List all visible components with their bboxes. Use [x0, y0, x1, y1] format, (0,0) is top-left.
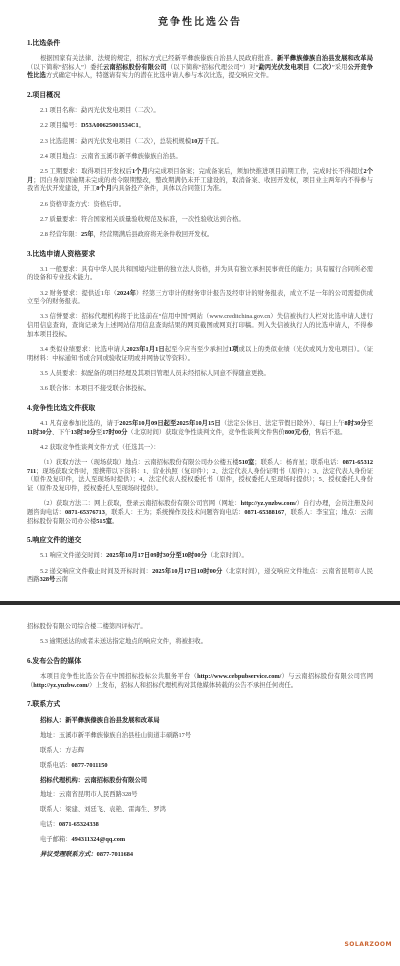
body-text: 至	[367, 420, 373, 427]
emphasis-text: 11时30分	[27, 429, 52, 436]
section-heading: 6.发布公告的媒体	[27, 657, 373, 666]
emphasis-text: 25年	[81, 231, 94, 238]
paragraph: 本项目竞争性比选公告在中国招标投标公共服务平台（http://www.cebpu…	[27, 673, 373, 690]
body-text: ，售后不退。	[309, 429, 347, 436]
paragraph: 5.2 递交响应文件截止时间及开标时间：2025年10月17日10时00分（北京…	[27, 568, 373, 585]
emphasis-text: 0871-65376713	[65, 509, 105, 516]
emphasis-text: 494311324@qq.com	[71, 836, 125, 843]
emphasis-text: 13时30分	[71, 429, 96, 436]
emphasis-text: http://yz.ynzbw.com/	[33, 682, 89, 689]
emphasis-text: 800元/份	[285, 429, 309, 436]
body-text: 3.3 信誉要求：招标代理机构将于比选前在“信用中国”网站（www.credit…	[27, 313, 373, 337]
paragraph: 招标股份有限公司综合楼二楼第四评标厅。	[27, 623, 373, 632]
emphasis-text: 8个月	[96, 185, 112, 192]
body-text: 3.4 类似业绩要求：比选申请人	[40, 346, 126, 353]
emphasis-text: 3.比选申请人资格要求	[27, 250, 95, 258]
document-blocks: 竞争性比选公告1.比选条件根据国家有关法律、法规的规定，招标方式已经新平彝族傣族…	[27, 16, 373, 859]
contact-line: 电子邮箱：494311324@qq.com	[27, 835, 373, 844]
page-break-divider	[0, 601, 400, 605]
contact-line: 招标人：新平彝族傣族自治县发展和改革局	[27, 716, 373, 725]
body-text: 本项目竞争性比选公告在中国招标投标公共服务平台（	[40, 673, 197, 680]
paragraph: 2.7 质量要求：符合国家相关质量验收规范及标准，一次性验收达到合格。	[27, 216, 373, 225]
paragraph: 3.6 联合体：本项目不接受联合体投标。	[27, 385, 373, 394]
paragraph: 5.1 响应文件递交时间：2025年10月17日09时30分至10时00分（北京…	[27, 552, 373, 561]
emphasis-text: 招标代理机构：云南招标股份有限公司	[40, 777, 147, 784]
emphasis-text: 0871-65388167	[244, 509, 284, 516]
body-text: 、下午	[52, 429, 71, 436]
emphasis-text: 新平彝族傣族自治县发展和改革局	[277, 55, 373, 62]
emphasis-text: 2025年10月09日起至2025年10月15日	[119, 420, 220, 427]
paragraph: （2）获取方法二：网上获取，登录云南招标股份有限公司官网（网址：http://y…	[27, 500, 373, 526]
announcement-document: 竞争性比选公告1.比选条件根据国家有关法律、法规的规定，招标方式已经新平彝族傣族…	[0, 16, 400, 859]
section-heading: 2.项目概况	[27, 91, 373, 100]
body-text: 2.4 项目地点：云南省玉溪市新平彝族傣族自治县。	[40, 153, 182, 160]
emphasis-text: 4.竞争性比选文件获取	[27, 404, 95, 412]
emphasis-text: 5.响应文件的递交	[27, 536, 81, 544]
body-text: 2.7 质量要求：符合国家相关质量验收规范及标准，一次性验收达到合格。	[40, 216, 245, 223]
contact-line: 联系人：方志辉	[27, 746, 373, 755]
paragraph: 3.2 财务要求：提供近1年（2024年）经第三方审计的财务审计报告及经审计的财…	[27, 290, 373, 307]
body-text: 地址：玉溪市新平彝族傣族自治县桂山街道丰硕路17号	[40, 732, 191, 739]
paragraph: 2.3 比选范围：勐丙光伏发电项目（二次），总装机规模10万千瓦。	[27, 138, 373, 147]
body-text: （法定公休日、法定节假日除外）、每日上午	[221, 420, 345, 427]
contact-line: 联系电话：0877-7011150	[27, 761, 373, 770]
body-text: 5.3 逾期送达的或者未送达指定地点的响应文件，将被拒收。	[40, 638, 207, 645]
emphasis-text: 328号	[40, 576, 56, 583]
emphasis-text: 6.发布公告的媒体	[27, 657, 81, 665]
emphasis-text: 异议受理联系方式：	[40, 851, 97, 858]
section-heading: 3.比选申请人资格要求	[27, 250, 373, 259]
body-text: （北京时间）。	[207, 552, 248, 559]
body-text: 2.2 项目编号：	[40, 122, 81, 129]
body-text: 。	[139, 122, 145, 129]
body-text: 电话：	[40, 821, 59, 828]
body-text: 根据国家有关法律、法规的规定，招标方式已经新平彝族傣族自治县人民政府批准。	[40, 55, 277, 62]
body-text: （2）获取方法二：网上获取，登录云南招标股份有限公司官网（网址：	[40, 500, 241, 507]
body-text: 联系电话：	[40, 762, 71, 769]
emphasis-text: 2025年10月17日09时30分至10时00分	[106, 552, 207, 559]
body-text: 电子邮箱：	[40, 836, 71, 843]
body-text: 地址：云南省昆明市人民西路328号	[40, 791, 138, 798]
emphasis-text: 17时00分	[102, 429, 127, 436]
emphasis-text: 515室	[96, 518, 112, 525]
body-text: 2.8 经营年限：	[40, 231, 81, 238]
section-heading: 4.竞争性比选文件获取	[27, 404, 373, 413]
body-text: 3.6 联合体：本项目不接受联合体投标。	[40, 385, 150, 392]
emphasis-text: 2024年	[117, 290, 136, 297]
emphasis-text: 10万	[191, 138, 204, 145]
paragraph: 5.3 逾期送达的或者未送达指定地点的响应文件，将被拒收。	[27, 638, 373, 647]
body-text: 5.1 响应文件递交时间：	[40, 552, 106, 559]
paragraph: 2.4 项目地点：云南省玉溪市新平彝族傣族自治县。	[27, 153, 373, 162]
body-text: 5.2 递交响应文件截止时间及开标时间：	[40, 568, 152, 575]
contact-line: 电话：0871-65324338	[27, 820, 373, 829]
paragraph: 2.2 项目编号：D53A00625001534C1。	[27, 122, 373, 131]
body-text: 内完成项目备案；完成备案后，须加快推进项目前期工作，完成时长不得超过	[148, 168, 364, 175]
body-text: 方式确定中标人，特邀请有实力的潜在比选申请人参与本次比选，提交响应文件。	[46, 72, 273, 79]
body-text: ）上发布，招标人和招标代理机构对其他媒体转载的公告不承担任何责任。	[89, 682, 297, 689]
body-text: 起至今应当至少承担过	[165, 346, 229, 353]
section-heading: 5.响应文件的递交	[27, 536, 373, 545]
emphasis-text: http://www.cebpubservice.com/	[197, 673, 281, 680]
paragraph: 根据国家有关法律、法规的规定，招标方式已经新平彝族傣族自治县人民政府批准。新平彝…	[27, 55, 373, 81]
emphasis-text: 0877-7011150	[71, 762, 107, 769]
emphasis-text: 1.比选条件	[27, 39, 60, 47]
body-text: ；联系人：杨育星；联系电话：	[254, 459, 342, 466]
body-text: 联系人：方志辉	[40, 747, 84, 754]
body-text: 2.1 项目名称：勐丙光伏发电项目（二次）。	[40, 107, 160, 114]
paragraph: 2.1 项目名称：勐丙光伏发电项目（二次）。	[27, 107, 373, 116]
paragraph: 2.8 经营年限：25年，经营期满后县政府将无条件收回开发权。	[27, 231, 373, 240]
body-text: （北京时间）获取竞争性谈判文件，竞争性谈判文件售价	[127, 429, 284, 436]
paragraph: 3.3 信誉要求：招标代理机构将于比选前在“信用中国”网站（www.credit…	[27, 313, 373, 339]
emphasis-text: D53A00625001534C1	[81, 122, 139, 129]
body-text: （以下简称“招标人”）委托	[27, 64, 103, 71]
emphasis-text: 1项	[229, 346, 239, 353]
emphasis-text: 510室	[239, 459, 255, 466]
contact-line: 地址：云南省昆明市人民西路328号	[27, 790, 373, 799]
body-text: 联系人：梁建、刘廷飞、袁艳、雷海生、罗鸿	[40, 806, 166, 813]
contact-line: 异议受理联系方式：0877-7011684	[27, 850, 373, 859]
body-text: 2.3 比选范围：勐丙光伏发电项目（二次），总装机规模	[40, 138, 191, 145]
emphasis-text: 2.项目概况	[27, 91, 60, 99]
emphasis-text: 2023年1月1日	[126, 346, 164, 353]
paragraph: 2.5 工期要求：取得项目开发权后1个月内完成项目备案；完成备案后，须加快推进项…	[27, 168, 373, 194]
body-text: 3.5 人员要求：拟配备的项目经理及其项目管理人员未经招标人同意不得随意更换。	[40, 370, 270, 377]
body-text: （以下简称“招标代理公司”）对“	[167, 64, 259, 71]
body-text: 内具备投产条件，具体以合同签订为准。	[112, 185, 225, 192]
solarzoom-watermark: SOLARZOOM	[344, 941, 392, 948]
emphasis-text: 云南招标股份有限公司	[103, 64, 167, 71]
paragraph: 3.4 类似业绩要求：比选申请人2023年1月1日起至今应当至少承担过1项或以上…	[27, 346, 373, 363]
emphasis-text: 8时30分	[344, 420, 366, 427]
contact-line: 地址：玉溪市新平彝族傣族自治县桂山街道丰硕路17号	[27, 731, 373, 740]
emphasis-text: http://yz.ynzbw.com/	[241, 500, 297, 507]
paragraph: 3.1 一般要求：具有中华人民共和国境内注册的独立法人资格，并为具有独立承担民事…	[27, 266, 373, 283]
contact-line: 招标代理机构：云南招标股份有限公司	[27, 776, 373, 785]
emphasis-text: 1个月	[132, 168, 148, 175]
paragraph: 2.6 资格审查方式：资格后审。	[27, 201, 373, 210]
body-text: 千瓦。	[204, 138, 223, 145]
body-text: ，联系人：王为；系统操作及技术问题咨询电话：	[105, 509, 244, 516]
body-text: 2.5 工期要求：取得项目开发权后	[40, 168, 132, 175]
emphasis-text: 0877-7011684	[97, 851, 133, 858]
body-text: 2.6 资格审查方式：资格后审。	[40, 201, 125, 208]
emphasis-text: 竞争性比选公告	[158, 17, 242, 28]
body-text: 。	[112, 518, 118, 525]
paragraph: （1）获取方法一（现场获取）地点：云南招标股份有限公司办公楼五楼510室；联系人…	[27, 459, 373, 494]
emphasis-text: 招标人：新平彝族傣族自治县发展和改革局	[40, 717, 160, 724]
section-heading: 7.联系方式	[27, 700, 373, 709]
emphasis-text: 0871-65324338	[59, 821, 99, 828]
body-text: （1）获取方法一（现场获取）地点：云南招标股份有限公司办公楼五楼	[40, 459, 239, 466]
body-text: ”采用	[332, 64, 348, 71]
body-text: 4.1 凡有意参加比选的，请于	[40, 420, 119, 427]
body-text: 云南	[55, 576, 68, 583]
body-text: 招标股份有限公司综合楼二楼第四评标厅。	[27, 623, 147, 630]
contact-line: 联系人：梁建、刘廷飞、袁艳、雷海生、罗鸿	[27, 805, 373, 814]
section-heading: 1.比选条件	[27, 39, 373, 48]
body-text: 4.2 获取竞争性谈判文件方式（任选其一）：	[40, 444, 160, 451]
paragraph: 3.5 人员要求：拟配备的项目经理及其项目管理人员未经招标人同意不得随意更换。	[27, 370, 373, 379]
emphasis-text: 勐丙光伏发电项目（二次）	[258, 64, 332, 71]
document-title: 竞争性比选公告	[27, 16, 373, 29]
emphasis-text: 7.联系方式	[27, 700, 60, 708]
paragraph: 4.2 获取竞争性谈判文件方式（任选其一）：	[27, 444, 373, 453]
body-text: ；现场获取文件时，需携带以下资料：1、营业执照（复印件）；2、法定代表人身份证明…	[27, 468, 373, 492]
body-text: ，经营期满后县政府将无条件收回开发权。	[94, 231, 214, 238]
body-text: 3.1 一般要求：具有中华人民共和国境内注册的独立法人资格，并为具有独立承担民事…	[27, 266, 373, 282]
body-text: 3.2 财务要求：提供近1年（	[40, 290, 117, 297]
emphasis-text: 2025年10月17日10时00分	[152, 568, 222, 575]
paragraph: 4.1 凡有意参加比选的，请于2025年10月09日起至2025年10月15日（…	[27, 420, 373, 437]
